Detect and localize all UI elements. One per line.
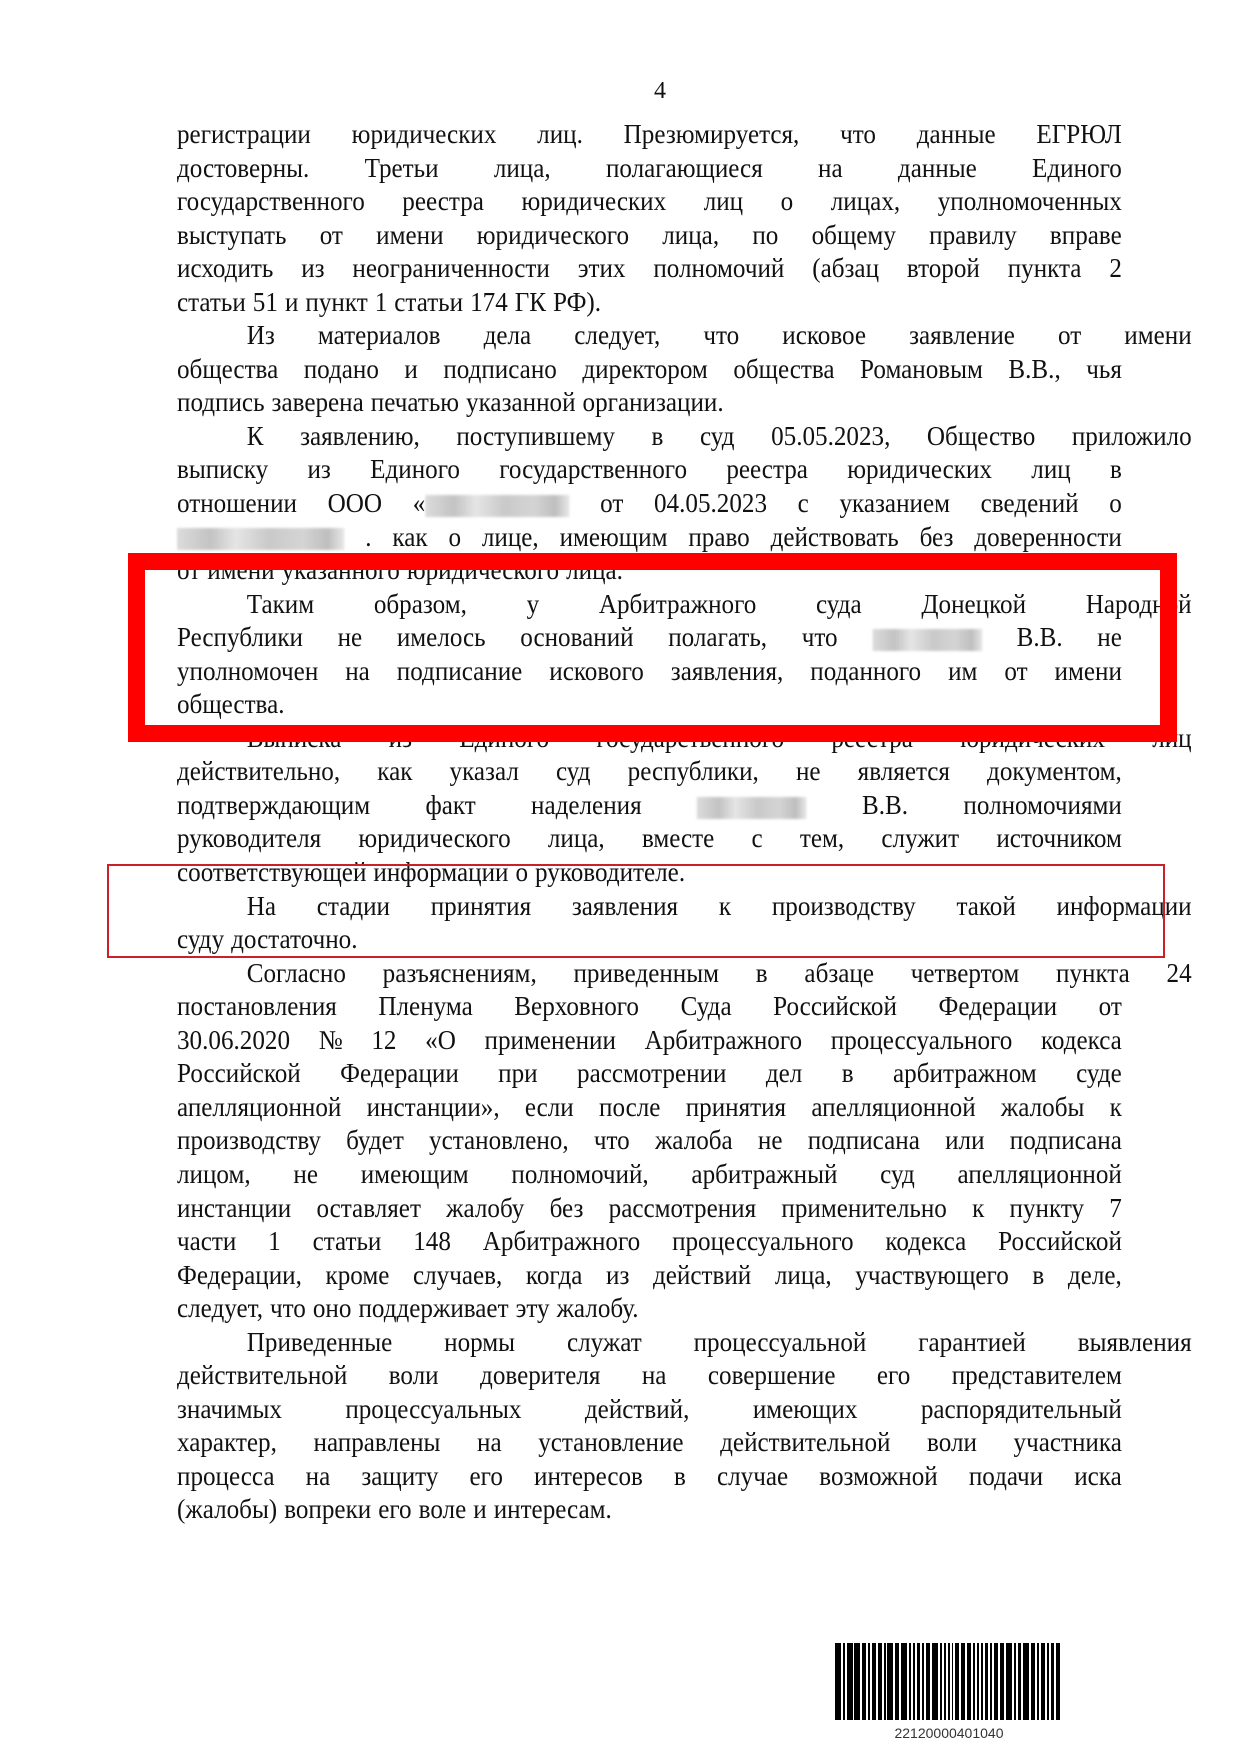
- text-line: Кзаявлению,поступившемувсуд05.05.2023,Об…: [177, 420, 1192, 454]
- text-line: подписьзаверенапечатьюуказаннойорганизац…: [177, 386, 1122, 420]
- text-line: РоссийскойФедерацииприрассмотренииделвар…: [177, 1057, 1122, 1091]
- redacted-text: [425, 495, 569, 517]
- text-line: действительно,какуказалсудреспублики,нея…: [177, 755, 1122, 789]
- text-line: отношенииООО«от04.05.2023суказаниемсведе…: [177, 487, 1122, 521]
- text-line: (жалобы)вопрекиеговолеиинтересам.: [177, 1493, 1122, 1527]
- text-line: апелляционнойинстанции»,еслипослеприняти…: [177, 1091, 1122, 1125]
- text-line: Изматериаловделаследует,чтоисковоезаявле…: [177, 319, 1192, 353]
- text-line: Согласноразъяснениям,приведеннымвабзацеч…: [177, 957, 1192, 991]
- barcode-number: 22120000401040: [835, 1725, 1063, 1741]
- text-line: процессаназащитуегоинтересоввслучаевозмо…: [177, 1460, 1122, 1494]
- text-line: характер,направленынаустановлениедействи…: [177, 1426, 1122, 1460]
- text-line: государственногореестраюридическихлицоли…: [177, 185, 1122, 219]
- text-line: 30.06.2020№12«ОпримененииАрбитражногопро…: [177, 1024, 1122, 1058]
- text-line: постановленияПленумаВерховногоСудаРоссий…: [177, 990, 1122, 1024]
- text-line: действительнойволидоверителянасовершение…: [177, 1359, 1122, 1393]
- text-line: значимыхпроцессуальныхдействий,имеющихра…: [177, 1393, 1122, 1427]
- text-line: выступатьотимениюридическоголица,пообщем…: [177, 219, 1122, 253]
- highlight-box-primary: [128, 553, 1177, 742]
- text-line: лицом,неимеющимполномочий,арбитражныйсуд…: [177, 1158, 1122, 1192]
- barcode: [835, 1643, 1063, 1720]
- text-line: исходитьизнеограниченностиэтихполномочий…: [177, 252, 1122, 286]
- text-line: Приведенныенормыслужатпроцессуальнойгара…: [177, 1326, 1192, 1360]
- text-line: руководителяюридическоголица,вместестем,…: [177, 822, 1122, 856]
- redacted-text: [177, 528, 344, 550]
- text-line: инстанцииоставляетжалобубезрассмотренияп…: [177, 1192, 1122, 1226]
- redacted-text: [697, 797, 807, 819]
- text-line: подтверждающимфактнаделенияВ.В.полномочи…: [177, 789, 1122, 823]
- document-body: регистрацииюридическихлиц.Презюмируется,…: [177, 118, 1122, 1527]
- text-line: производствубудетустановлено,чтожалобане…: [177, 1124, 1122, 1158]
- text-line: регистрацииюридическихлиц.Презюмируется,…: [177, 118, 1122, 152]
- highlight-box-secondary: [107, 864, 1165, 958]
- text-line: обществаподаноиподписанодиректоромобщест…: [177, 353, 1122, 387]
- text-line: части1статьи148Арбитражногопроцессуально…: [177, 1225, 1122, 1259]
- paragraph: Приведенныенормыслужатпроцессуальнойгара…: [177, 1326, 1122, 1527]
- text-line: следует,чтооноподдерживаетэтужалобу.: [177, 1292, 1122, 1326]
- paragraph: регистрацииюридическихлиц.Презюмируется,…: [177, 118, 1122, 319]
- paragraph: Согласноразъяснениям,приведеннымвабзацеч…: [177, 957, 1122, 1326]
- text-line: Федерации,кромеслучаев,когдаиздействийли…: [177, 1259, 1122, 1293]
- text-line: достоверны.Третьилица,полагающиесянаданн…: [177, 152, 1122, 186]
- text-line: .каколице,имеющимправодействоватьбездове…: [177, 521, 1122, 555]
- paragraph: Изматериаловделаследует,чтоисковоезаявле…: [177, 319, 1122, 420]
- text-line: статьи51ипункт1статьи174ГКРФ).: [177, 286, 1122, 320]
- page-number: 4: [0, 78, 1240, 105]
- text-line: выпискуизЕдиногогосударственногореестраю…: [177, 453, 1122, 487]
